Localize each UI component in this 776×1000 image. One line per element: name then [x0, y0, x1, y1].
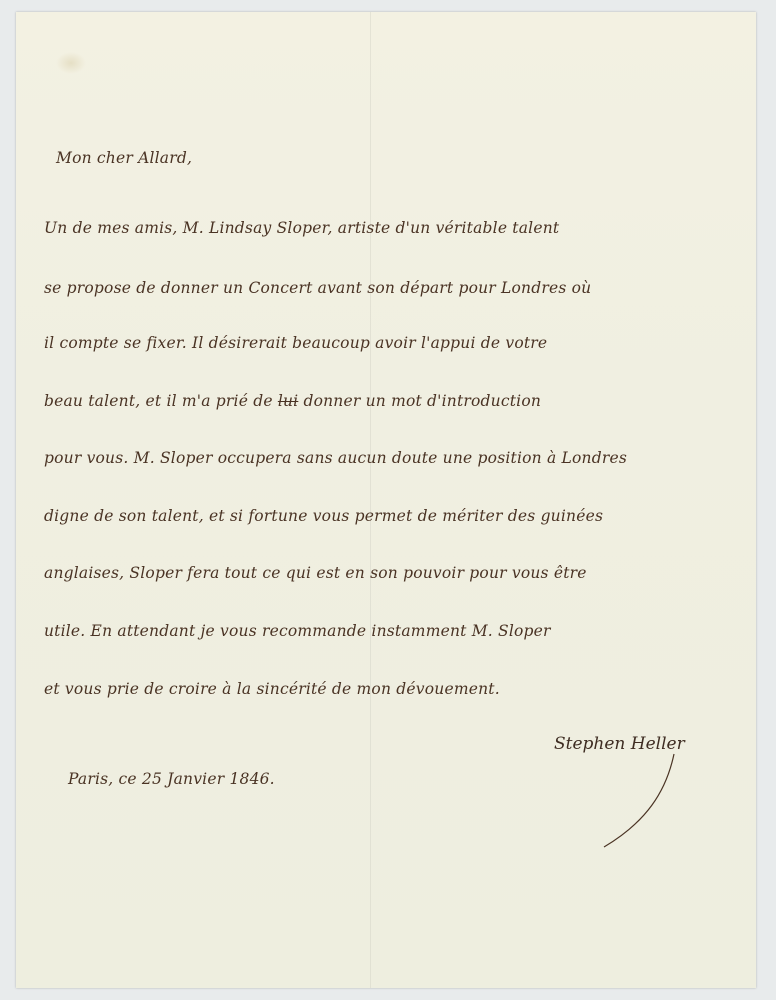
letter-dateline: Paris, ce 25 Janvier 1846. — [68, 770, 275, 788]
letter-body-line: se propose de donner un Concert avant so… — [44, 279, 591, 297]
letter-paper: Mon cher Allard, Un de mes amis, M. Lind… — [16, 12, 756, 988]
paper-fold-crease — [370, 12, 371, 988]
letter-body-line: et vous prie de croire à la sincérité de… — [44, 680, 500, 698]
signature-flourish-icon — [596, 752, 686, 852]
letter-body-line: pour vous. M. Sloper occupera sans aucun… — [44, 449, 627, 467]
letter-body-line: digne de son talent, et si fortune vous … — [44, 507, 603, 525]
letter-body-line: Un de mes amis, M. Lindsay Sloper, artis… — [44, 219, 559, 237]
letter-body-line: anglaises, Sloper fera tout ce qui est e… — [44, 564, 587, 582]
letter-salutation: Mon cher Allard, — [56, 149, 192, 167]
letter-body-line: utile. En attendant je vous recommande i… — [44, 622, 551, 640]
letter-body-line: beau talent, et il m'a prié de lui donne… — [44, 392, 541, 410]
letter-signature: Stephen Heller — [554, 734, 685, 754]
letter-body-line: il compte se fixer. Il désirerait beauco… — [44, 334, 547, 352]
